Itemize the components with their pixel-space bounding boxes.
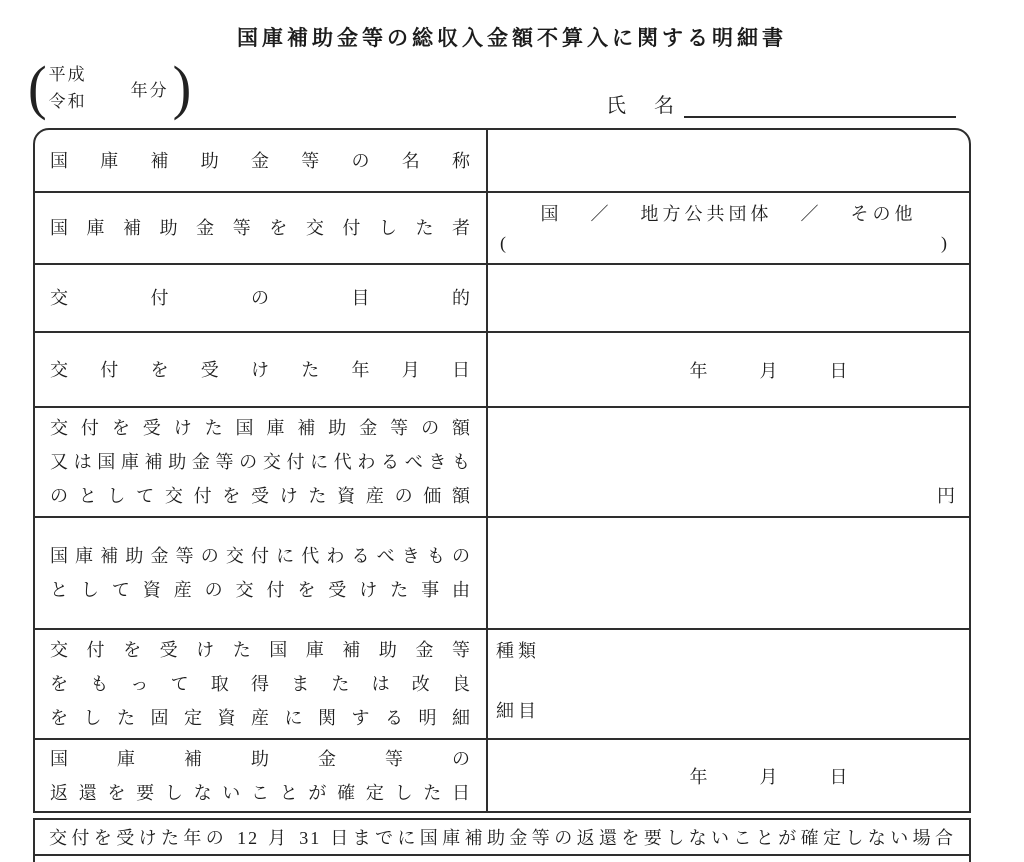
asset-type-label: 種類	[496, 641, 540, 661]
month-unit: 月	[760, 357, 778, 383]
amount-input-cell[interactable]: 円	[488, 408, 969, 516]
era-options: 平成 令和	[49, 61, 87, 115]
year-suffix-label: 年分	[131, 76, 169, 101]
asset-subtype-label: 細目	[496, 701, 540, 721]
day-unit: 日	[830, 763, 848, 789]
row-label: 国庫補助金等の 返還を要しないことが確定した日	[35, 740, 488, 811]
close-paren: )	[173, 55, 192, 122]
yen-unit-label: 円	[937, 482, 955, 508]
open-paren: (	[500, 229, 506, 257]
table-row-purpose: 交付の目的	[35, 263, 969, 331]
asset-detail-input-cell: 種類 細目	[488, 630, 969, 738]
asset-type-field[interactable]: 種類	[496, 636, 969, 666]
undetermined-case-header-row: 交付を受けた年の 12 月 31 日までに国庫補助金等の返還を要しないことが確定…	[35, 820, 969, 856]
date-placeholders: 年 月 日	[528, 740, 971, 811]
subsidy-name-input-cell[interactable]	[488, 130, 969, 191]
year-input-blank[interactable]	[87, 76, 131, 100]
era-option-heisei[interactable]: 平成	[49, 61, 87, 88]
table-row-fixed-asset-detail: 交付を受けた国庫補助金等 をもって取得または改良 をした固定資産に関する明細 種…	[35, 628, 969, 738]
page-title: 国庫補助金等の総収入金額不算入に関する明細書	[0, 22, 1024, 52]
asset-subtype-field[interactable]: 細目	[496, 696, 969, 726]
month-unit: 月	[760, 763, 778, 789]
day-unit: 日	[830, 357, 848, 383]
grant-date-input-cell[interactable]: 年 月 日	[488, 333, 969, 406]
name-field: 氏 名	[606, 88, 956, 118]
name-input-line[interactable]	[684, 92, 956, 118]
table-row-subsidy-name: 国庫補助金等の名称	[35, 130, 969, 191]
row-label: 国庫補助金等の交付に代わるべきもの として資産の交付を受けた事由	[35, 518, 488, 628]
slash-separator: ／	[801, 199, 823, 229]
table-row-no-return-date: 国庫補助金等の 返還を要しないことが確定した日 年 月 日	[35, 738, 969, 811]
grantor-options: 国 ／ 地方公共団体 ／ その他	[498, 199, 959, 229]
name-label: 氏 名	[606, 89, 678, 118]
slash-separator: ／	[591, 199, 613, 229]
option-national[interactable]: 国	[541, 199, 563, 229]
option-other[interactable]: その他	[851, 199, 917, 229]
close-paren: )	[941, 229, 947, 257]
open-paren: (	[28, 55, 47, 122]
purpose-input-cell[interactable]	[488, 265, 969, 331]
table-row-asset-reason: 国庫補助金等の交付に代わるべきもの として資産の交付を受けた事由	[35, 516, 969, 628]
row-label: 交付を受けた年月日	[35, 333, 488, 406]
row-label: 交付の目的	[35, 265, 488, 331]
row-label: 国庫補助金等の名称	[35, 130, 488, 191]
year-unit: 年	[690, 357, 708, 383]
year-unit: 年	[690, 763, 708, 789]
table-row-grant-date: 交付を受けた年月日 年 月 日	[35, 331, 969, 406]
table-row-subsidy-amount: 交付を受けた国庫補助金等の額 又は国庫補助金等の交付に代わるべきも のとして交付…	[35, 406, 969, 516]
row-label: 交付を受けた国庫補助金等 をもって取得または改良 をした固定資産に関する明細	[35, 630, 488, 738]
era-year-selector: ( 平成 令和 年分 )	[28, 54, 191, 122]
era-option-reiwa[interactable]: 令和	[49, 88, 87, 115]
row-label: 交付を受けた国庫補助金等の額 又は国庫補助金等の交付に代わるべきも のとして交付…	[35, 408, 488, 516]
undetermined-case-note: 交付を受けた年の 12 月 31 日までに国庫補助金等の返還を要しないことが確定…	[35, 824, 969, 850]
date-placeholders: 年 月 日	[528, 333, 971, 406]
reason-input-cell[interactable]	[488, 518, 969, 628]
grantor-input-cell: 国 ／ 地方公共団体 ／ その他 ( )	[488, 193, 969, 263]
row-label: 国庫補助金等を交付した者	[35, 193, 488, 263]
other-detail-blank[interactable]: ( )	[498, 229, 959, 259]
table-row-grantor: 国庫補助金等を交付した者 国 ／ 地方公共団体 ／ その他 ( )	[35, 191, 969, 263]
undetermined-case-section: 交付を受けた年の 12 月 31 日までに国庫補助金等の返還を要しないことが確定…	[33, 818, 971, 862]
fixed-date-input-cell[interactable]: 年 月 日	[488, 740, 969, 811]
subsidy-detail-table: 国庫補助金等の名称 国庫補助金等を交付した者 国 ／ 地方公共団体 ／ その他 …	[33, 128, 971, 813]
option-local-government[interactable]: 地方公共団体	[641, 199, 773, 229]
